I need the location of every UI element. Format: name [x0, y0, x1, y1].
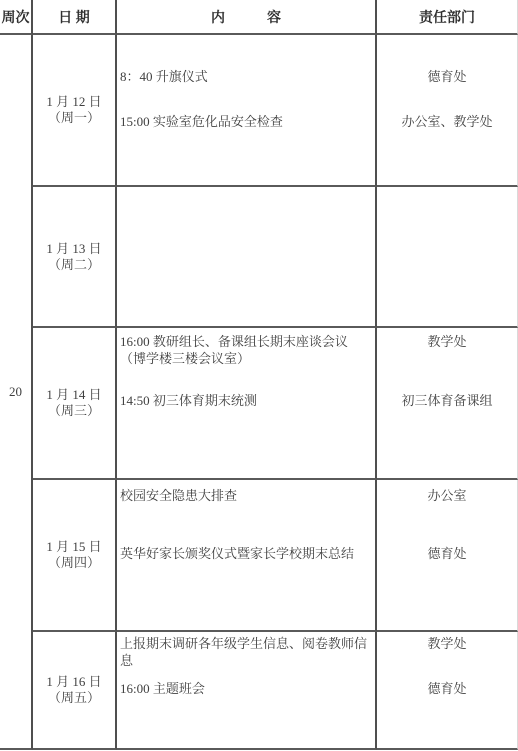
- dept-entry: 德育处: [377, 545, 517, 562]
- date-line2: （周二）: [48, 257, 100, 273]
- dept-entry: 办公室、教学处: [377, 113, 517, 130]
- date-line2: （周一）: [48, 110, 100, 126]
- schedule-entry: 8：40 升旗仪式: [120, 68, 370, 85]
- date-cell-monday: 1 月 12 日 （周一）: [33, 35, 117, 187]
- content-cell-tuesday: [117, 187, 377, 328]
- dept-entry: 教学处: [377, 635, 517, 652]
- date-cell-wednesday: 1 月 14 日 （周三）: [33, 328, 117, 480]
- dept-cell-thursday: 办公室 德育处: [377, 480, 518, 632]
- content-cell-monday: 8：40 升旗仪式 15:00 实验室危化品安全检查: [117, 35, 377, 187]
- dept-entry: 初三体育备课组: [377, 392, 517, 409]
- content-cell-wednesday: 16:00 教研组长、备课组长期末座谈会议（博学楼三楼会议室） 14:50 初三…: [117, 328, 377, 480]
- header-cell-department: 责任部门: [377, 0, 518, 35]
- date-line2: （周五）: [48, 690, 100, 706]
- schedule-entry: 校园安全隐患大排查: [120, 487, 370, 504]
- schedule-entry: 16:00 教研组长、备课组长期末座谈会议（博学楼三楼会议室）: [120, 333, 370, 367]
- header-cell-content: 内 容: [117, 0, 377, 35]
- header-cell-week: 周次: [0, 0, 33, 35]
- schedule-table: 周次 日 期 内 容 责任部门 20 1 月 12 日 （周一） 8：40 升旗…: [0, 0, 518, 750]
- dept-entry: 教学处: [377, 333, 517, 350]
- content-cell-thursday: 校园安全隐患大排查 英华好家长颁奖仪式暨家长学校期末总结: [117, 480, 377, 632]
- date-line2: （周三）: [48, 403, 100, 419]
- date-line2: （周四）: [48, 555, 100, 571]
- content-cell-friday: 上报期末调研各年级学生信息、阅卷教师信息 16:00 主题班会: [117, 632, 377, 750]
- schedule-entry: 上报期末调研各年级学生信息、阅卷教师信息: [120, 635, 370, 669]
- dept-cell-friday: 教学处 德育处: [377, 632, 518, 750]
- schedule-entry: 16:00 主题班会: [120, 680, 370, 697]
- dept-cell-tuesday: [377, 187, 518, 328]
- date-cell-tuesday: 1 月 13 日 （周二）: [33, 187, 117, 328]
- date-cell-thursday: 1 月 15 日 （周四）: [33, 480, 117, 632]
- date-cell-friday: 1 月 16 日 （周五）: [33, 632, 117, 750]
- date-line1: 1 月 14 日: [46, 387, 101, 403]
- schedule-entry: 14:50 初三体育期末统测: [120, 392, 370, 409]
- date-line1: 1 月 12 日: [46, 94, 101, 110]
- schedule-entry: 英华好家长颁奖仪式暨家长学校期末总结: [120, 545, 370, 562]
- schedule-entry: 15:00 实验室危化品安全检查: [120, 113, 370, 130]
- dept-entry: 办公室: [377, 487, 517, 504]
- dept-entry: 德育处: [377, 680, 517, 697]
- date-line1: 1 月 15 日: [46, 539, 101, 555]
- header-cell-date: 日 期: [33, 0, 117, 35]
- weekly-schedule-document: 周次 日 期 内 容 责任部门 20 1 月 12 日 （周一） 8：40 升旗…: [0, 0, 518, 751]
- dept-entry: 德育处: [377, 68, 517, 85]
- date-line1: 1 月 13 日: [46, 241, 101, 257]
- week-number-cell: 20: [0, 35, 33, 750]
- date-line1: 1 月 16 日: [46, 674, 101, 690]
- dept-cell-wednesday: 教学处 初三体育备课组: [377, 328, 518, 480]
- dept-cell-monday: 德育处 办公室、教学处: [377, 35, 518, 187]
- week-number: 20: [9, 384, 22, 400]
